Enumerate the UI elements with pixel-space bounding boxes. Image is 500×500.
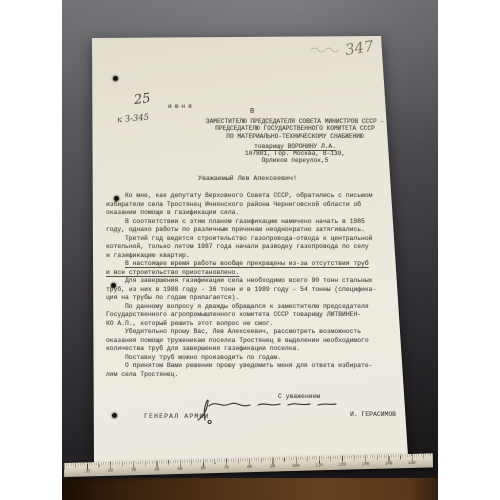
body-line: количества труб для завершения газификац… [106, 345, 394, 354]
document-photo: 347 25 июня к З-345 В ЗАМЕСТИТЕЛЮ ПРЕДСЕ… [62, 0, 438, 500]
body-line: избиратели села Тростянец Ичнянского рай… [106, 201, 394, 210]
handwritten-register-mark: к З-345 [117, 113, 150, 126]
body-line: году, однако работы по различным причина… [106, 226, 394, 235]
recipient-line: ПРЕДСЕДАТЕЛЮ ГОСУДАРСТВЕННОГО КОМИТЕТА С… [194, 125, 396, 132]
ruler-number: 30 [122, 468, 145, 474]
body-line: оказания помощи труженикам поселка Трост… [106, 337, 394, 346]
recipient-line: товарищу ВОРОНИНУ Л.А. [194, 143, 396, 150]
body-line: В соответствии с этим планом газификацию… [106, 218, 394, 227]
hole-punch [113, 76, 118, 81]
handwritten-signature-icon [188, 392, 353, 424]
signer-name: И. ГЕРАСИМОВ [350, 411, 396, 418]
body-line: котельной, только летом 1987 года начали… [106, 243, 394, 252]
body-line: ция на трубы по годам прилагается). [106, 294, 394, 303]
typed-month: июня [168, 103, 195, 110]
ruler-number: 10 [75, 469, 98, 475]
body-line: оказании помощи в газификации села. [106, 209, 394, 218]
salutation: Уважаемый Лев Алексеевич! [198, 175, 297, 182]
body-line: В настоящее время работы вообще прекраще… [106, 260, 394, 269]
body-line: Поставку труб можно производить по годам… [106, 354, 394, 363]
ruler-number: 60 [191, 466, 214, 472]
body-line: лям села Тростянец. [106, 371, 394, 380]
ruler-number: 110 [307, 463, 330, 469]
ruler-number: 50 [168, 467, 191, 473]
page-number-annotation: 347 [344, 37, 375, 59]
body-line: труб, из них в 1988 году - 36 тонн и в 1… [106, 286, 394, 295]
ruler-number: 140 [377, 461, 400, 467]
body-line: О принятом Вами решении прошу уведомить … [106, 362, 394, 371]
body-line: По данному вопросу я дважды обращался к … [106, 303, 394, 312]
recipient-line: 107801, Гор. Москва, В-139, [194, 150, 396, 157]
body-line: Для завершения газификации села необходи… [106, 277, 394, 286]
wood-table-edge [62, 478, 438, 500]
recipient-block: ЗАМЕСТИТЕЛЮ ПРЕДСЕДАТЕЛЯ СОВЕТА МИНИСТРО… [194, 118, 396, 165]
ruler-number: 130 [354, 462, 377, 468]
paper-wrap: 347 25 июня к З-345 В ЗАМЕСТИТЕЛЮ ПРЕДСЕ… [90, 36, 408, 463]
ruler-number: 70 [215, 465, 238, 471]
body-line: КО А.П., который решить этот вопрос не с… [106, 320, 394, 329]
body-line: Государственного агропромышленного комит… [106, 311, 394, 320]
ruler-number: 150 [400, 461, 423, 467]
ruler-number: 90 [261, 464, 284, 470]
body-line: Третий год ведется строительство газопро… [106, 235, 394, 244]
ruler-number: 20 [99, 468, 122, 474]
faint-pencil-scribble-icon [310, 45, 340, 54]
recipient-line: ЗАМЕСТИТЕЛЮ ПРЕДСЕДАТЕЛЯ СОВЕТА МИНИСТРО… [194, 118, 396, 125]
letter-body: Ко мне, как депутату Верховного Совета С… [106, 192, 394, 379]
body-line: и газификацию квартир. [106, 252, 394, 261]
ruler-number: 80 [238, 465, 261, 471]
recipient-line: Орликов переулок,5 [194, 157, 396, 164]
body-line: Убедительно прошу Вас, Лев Алексеевич, р… [106, 328, 394, 337]
ruler-number: 40 [145, 467, 168, 473]
ruler-number: 100 [284, 464, 307, 470]
hole-punch [112, 413, 117, 418]
handwritten-day: 25 [133, 91, 151, 108]
body-line: и все строительство приостановлено. [106, 269, 394, 278]
letter-paper: 347 25 июня к З-345 В ЗАМЕСТИТЕЛЮ ПРЕДСЕ… [90, 36, 408, 463]
body-line: Ко мне, как депутату Верховного Совета С… [106, 192, 394, 201]
typed-letter-mark: В [250, 108, 254, 116]
ruler-number: 120 [330, 462, 353, 468]
screenshot-canvas: { "photo": { "annotations": { "page_numb… [0, 0, 500, 500]
recipient-line: ПО МАТЕРИАЛЬНО-ТЕХНИЧЕСКОМУ СНАБЖЕНИЮ [194, 133, 396, 140]
